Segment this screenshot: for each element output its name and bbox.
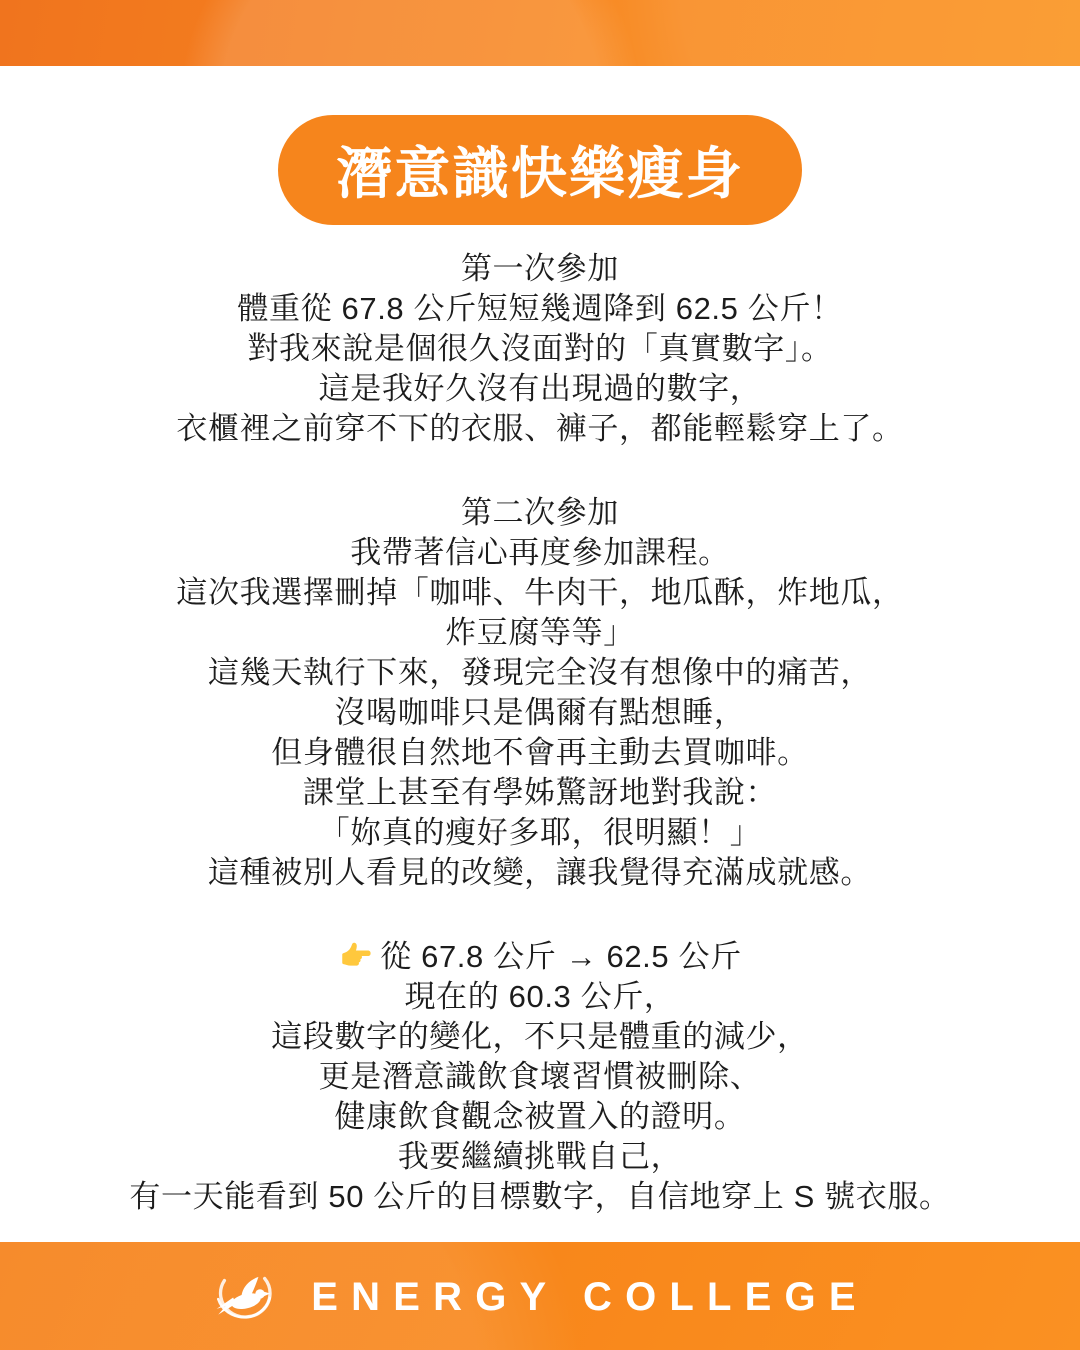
top-orange-band: [0, 0, 1080, 66]
text-line: 我帶著信心再度參加課程。: [60, 533, 1020, 573]
poster-canvas: 潛意識快樂瘦身 第一次參加體重從 67.8 公斤短短幾週降到 62.5 公斤！對…: [0, 0, 1080, 1350]
text-line: 這是我好久沒有出現過的數字，: [60, 369, 1020, 409]
text-line-content: 衣櫃裡之前穿不下的衣服、褲子，都能輕鬆穿上了。: [176, 411, 903, 446]
text-line-content: 這段數字的變化，不只是體重的減少，: [271, 1019, 809, 1054]
paragraph-result-summary: 從 67.8 公斤 → 62.5 公斤現在的 60.3 公斤，這段數字的變化，不…: [60, 937, 1020, 1217]
text-line: 從 67.8 公斤 → 62.5 公斤: [60, 937, 1020, 977]
text-line-content: 但身體很自然地不會再主動去買咖啡。: [271, 735, 809, 770]
text-line: 課堂上甚至有學姊驚訝地對我說：: [60, 773, 1020, 813]
bird-in-rings-logo-icon: [211, 1263, 277, 1329]
text-line: 體重從 67.8 公斤短短幾週降到 62.5 公斤！: [60, 289, 1020, 329]
text-line: 第一次參加: [60, 249, 1020, 289]
text-line-content: 我帶著信心再度參加課程。: [350, 535, 729, 570]
text-line-content: 體重從 67.8 公斤短短幾週降到 62.5 公斤！: [237, 291, 842, 326]
text-line-content: 從 67.8 公斤 → 62.5 公斤: [380, 939, 742, 974]
text-line-content: 健康飲食觀念被置入的證明。: [334, 1099, 745, 1134]
title-badge-label: 潛意識快樂瘦身: [336, 130, 744, 210]
title-badge: 潛意識快樂瘦身: [278, 115, 802, 225]
text-line: 健康飲食觀念被置入的證明。: [60, 1097, 1020, 1137]
text-line: 這段數字的變化，不只是體重的減少，: [60, 1017, 1020, 1057]
text-line: 有一天能看到 50 公斤的目標數字，自信地穿上 S 號衣服。: [60, 1177, 1020, 1217]
text-line: 現在的 60.3 公斤，: [60, 977, 1020, 1017]
text-line-content: 對我來說是個很久沒面對的「真實數字」。: [247, 331, 832, 366]
text-line: 沒喝咖啡只是偶爾有點想睡，: [60, 693, 1020, 733]
text-line: 「妳真的瘦好多耶，很明顯！」: [60, 813, 1020, 853]
pointing-right-hand-icon: [338, 938, 372, 972]
footer-band: ENERGY COLLEGE: [0, 1242, 1080, 1350]
text-line-content: 課堂上甚至有學姊驚訝地對我說：: [303, 775, 777, 810]
text-line-content: 這是我好久沒有出現過的數字，: [319, 371, 762, 406]
text-line: 更是潛意識飲食壞習慣被刪除、: [60, 1057, 1020, 1097]
text-line-content: 現在的 60.3 公斤，: [405, 979, 676, 1014]
text-line: 但身體很自然地不會再主動去買咖啡。: [60, 733, 1020, 773]
text-line: 我要繼續挑戰自己，: [60, 1137, 1020, 1177]
text-line-content: 第一次參加: [461, 251, 619, 286]
text-line-content: 沒喝咖啡只是偶爾有點想睡，: [334, 695, 745, 730]
brand-name: ENERGY COLLEGE: [311, 1275, 868, 1320]
text-line: 衣櫃裡之前穿不下的衣服、褲子，都能輕鬆穿上了。: [60, 409, 1020, 449]
paragraph-first-session: 第一次參加體重從 67.8 公斤短短幾週降到 62.5 公斤！對我來說是個很久沒…: [60, 249, 1020, 449]
paragraph-second-session: 第二次參加我帶著信心再度參加課程。這次我選擇刪掉「咖啡、牛肉干，地瓜酥，炸地瓜，…: [60, 493, 1020, 893]
text-line: 這幾天執行下來，發現完全沒有想像中的痛苦，: [60, 653, 1020, 693]
testimonial-text: 第一次參加體重從 67.8 公斤短短幾週降到 62.5 公斤！對我來說是個很久沒…: [60, 249, 1020, 1217]
text-line-content: 有一天能看到 50 公斤的目標數字，自信地穿上 S 號衣服。: [129, 1179, 950, 1214]
brand-lockup: ENERGY COLLEGE: [211, 1263, 868, 1329]
text-line: 這次我選擇刪掉「咖啡、牛肉干，地瓜酥，炸地瓜，: [60, 573, 1020, 613]
text-line-content: 第二次參加: [461, 495, 619, 530]
text-line: 第二次參加: [60, 493, 1020, 533]
text-line-content: 「妳真的瘦好多耶，很明顯！」: [319, 815, 762, 850]
text-line-content: 這種被別人看見的改變，讓我覺得充滿成就感。: [208, 855, 872, 890]
text-line-content: 我要繼續挑戰自己，: [398, 1139, 683, 1174]
text-line-content: 更是潛意識飲食壞習慣被刪除、: [319, 1059, 762, 1094]
text-line-content: 炸豆腐等等」: [445, 615, 635, 650]
text-line: 炸豆腐等等」: [60, 613, 1020, 653]
text-line-content: 這次我選擇刪掉「咖啡、牛肉干，地瓜酥，炸地瓜，: [176, 575, 903, 610]
text-line: 這種被別人看見的改變，讓我覺得充滿成就感。: [60, 853, 1020, 893]
text-line-content: 這幾天執行下來，發現完全沒有想像中的痛苦，: [208, 655, 872, 690]
text-line: 對我來說是個很久沒面對的「真實數字」。: [60, 329, 1020, 369]
